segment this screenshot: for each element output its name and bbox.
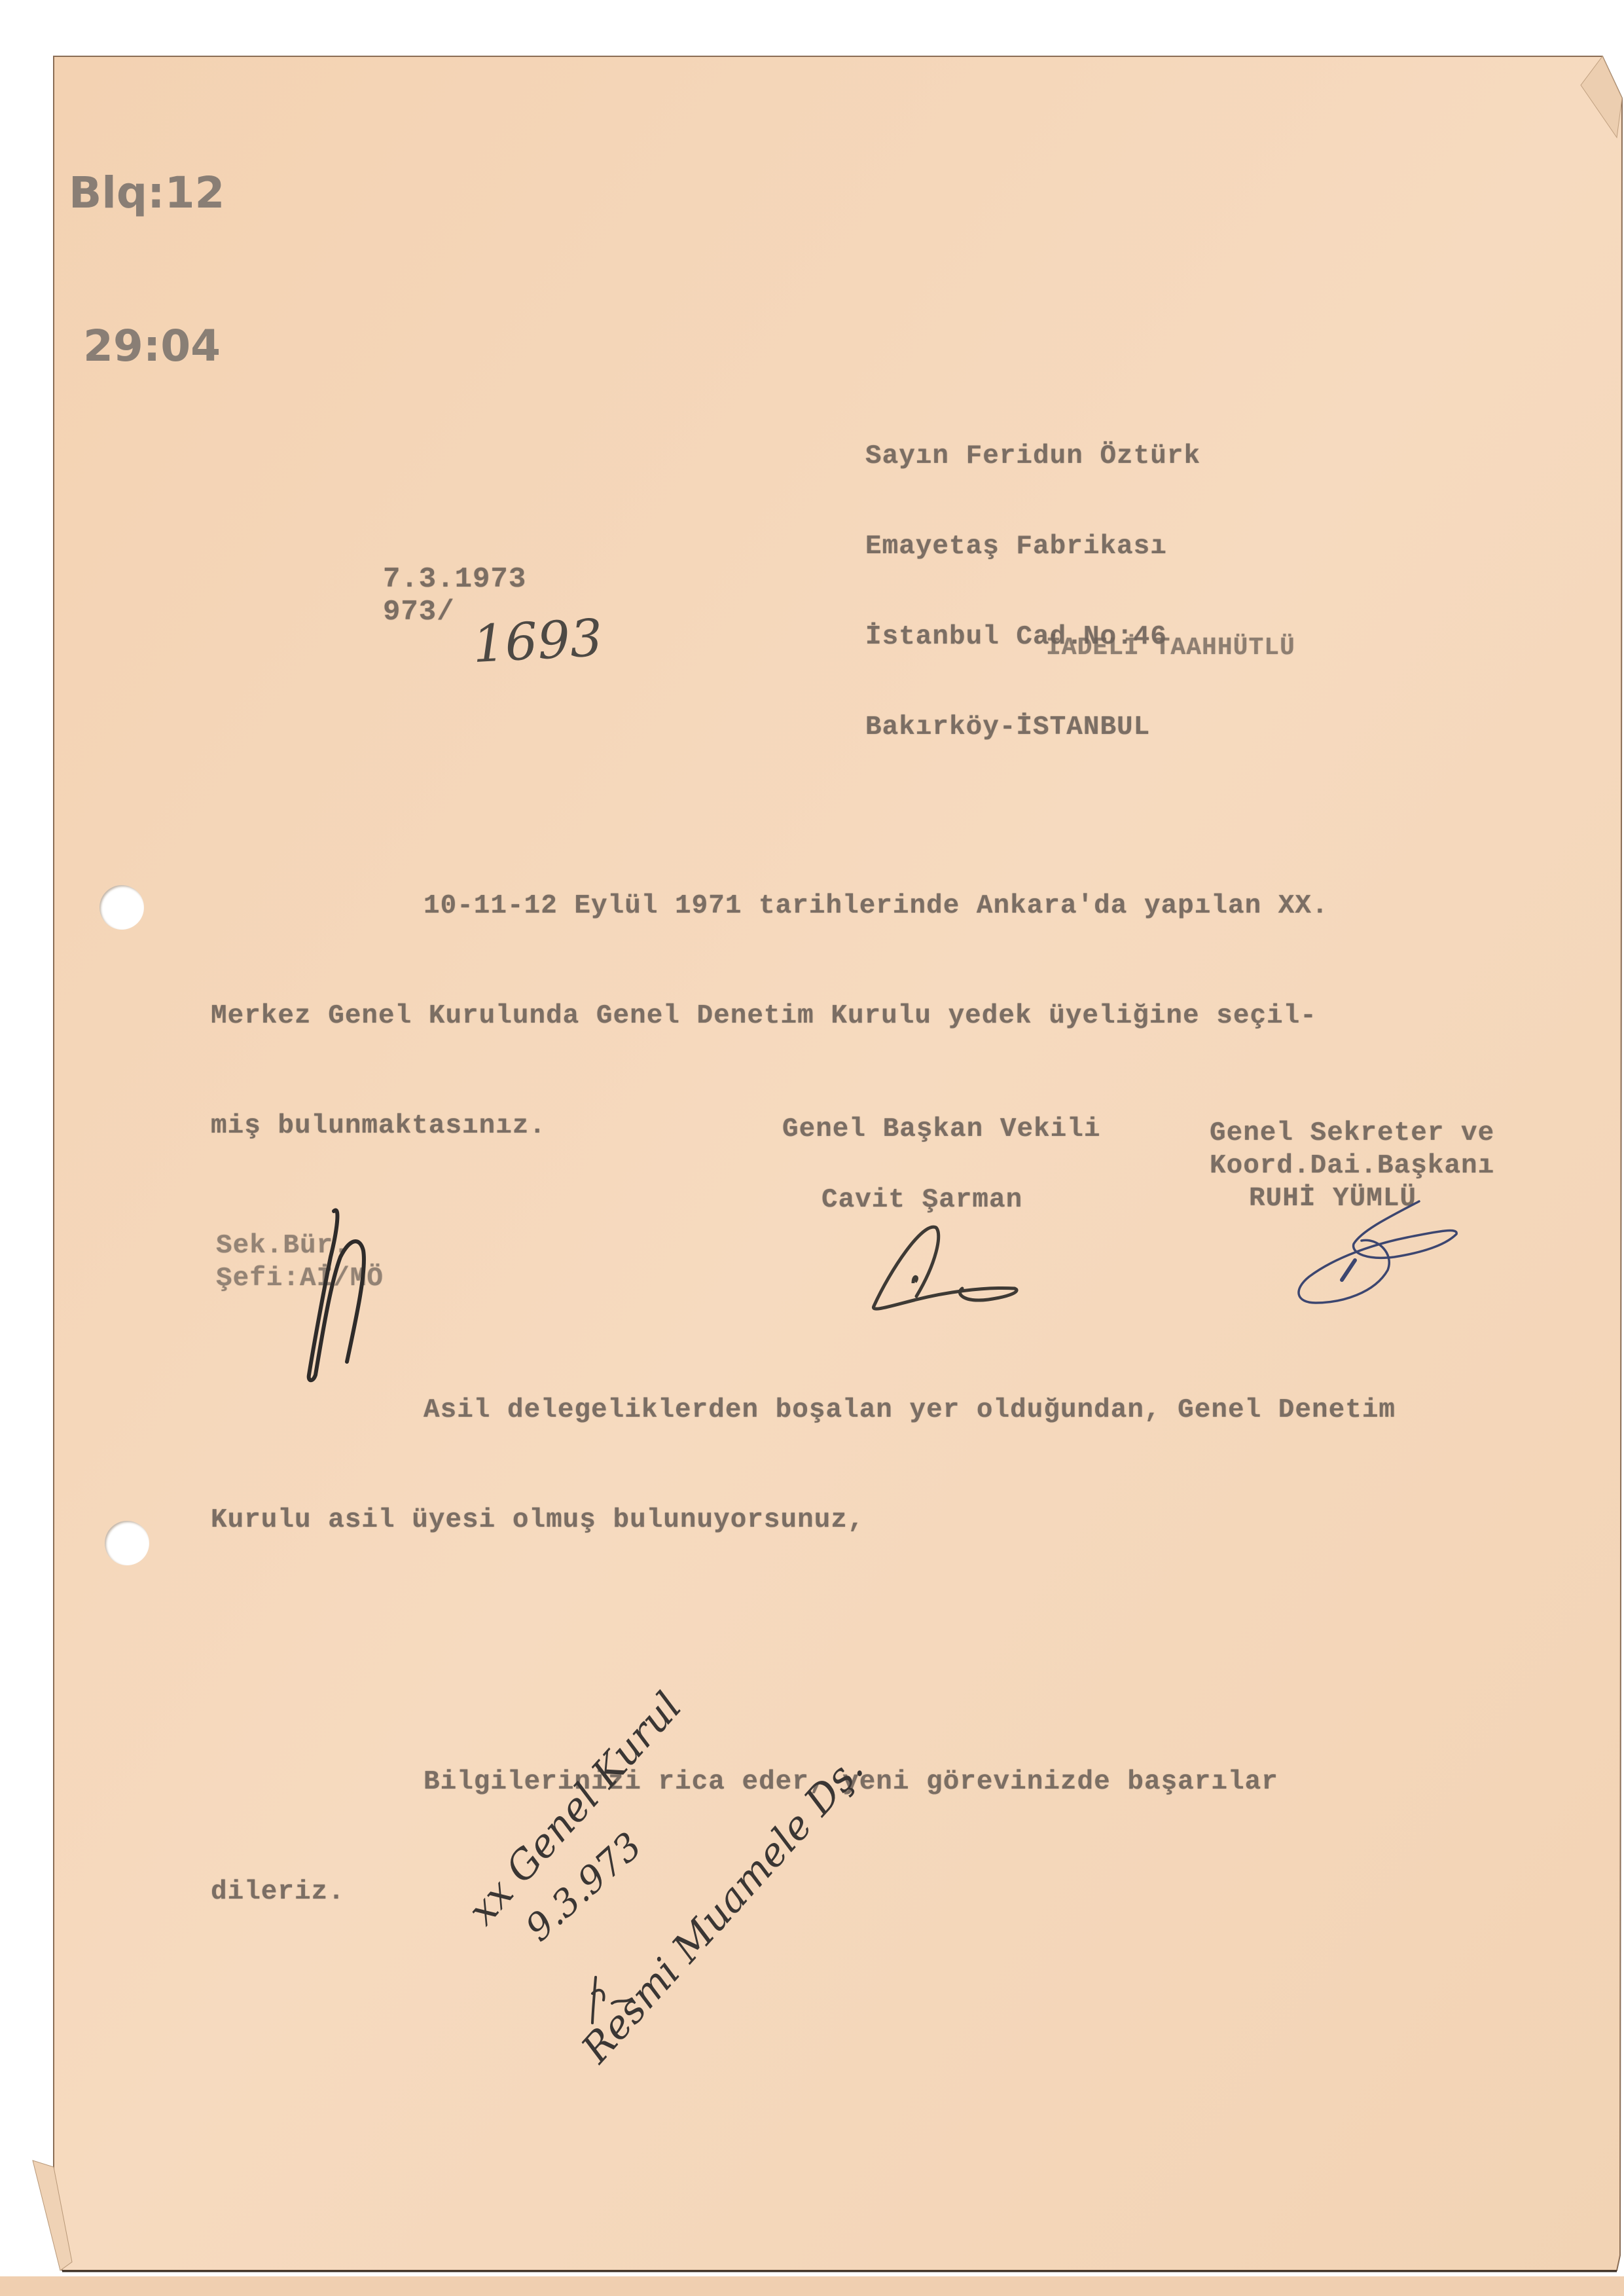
note-initials-icon (583, 1974, 661, 2026)
ruhi-yumlu-signature (1299, 1201, 1456, 1303)
cavit-sarman-signature (873, 1227, 1017, 1309)
letter-page: Blq:12 29:04 Sayın Feridun Öztürk Emayet… (0, 0, 1624, 2296)
secretariat-signature (309, 1210, 364, 1380)
